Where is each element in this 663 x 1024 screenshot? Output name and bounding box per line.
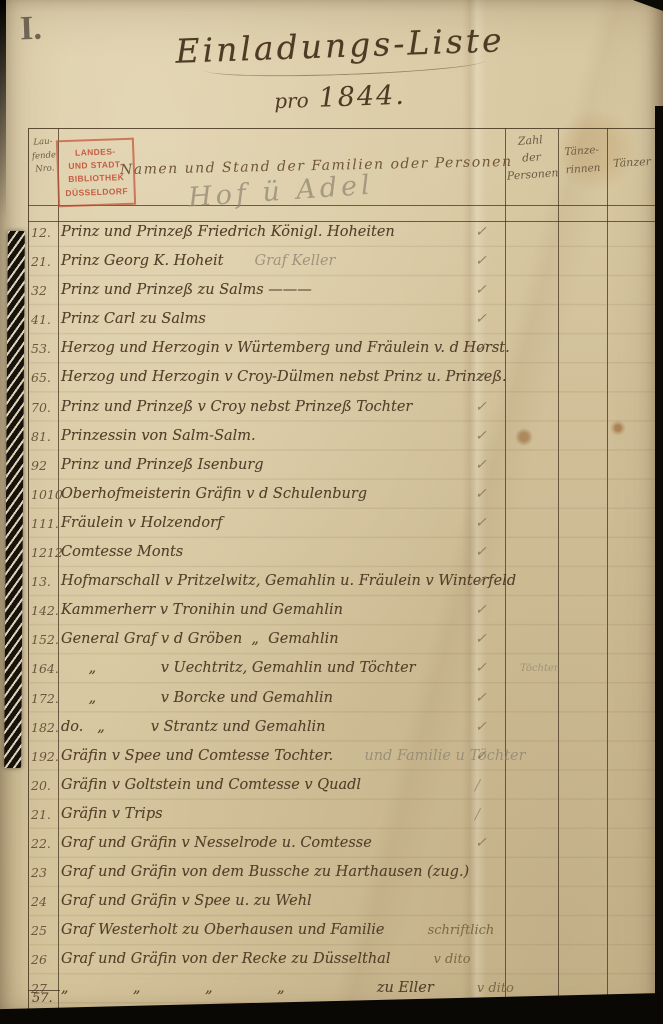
row-entry: Prinz und Prinzeß v Croy nebst Prinzeß T…	[61, 399, 412, 415]
sum-total: 57.	[32, 991, 53, 1006]
row-entry: Prinzessin von Salm-Salm.	[61, 428, 256, 444]
subtitle-pro: pro	[274, 88, 309, 113]
table-row: 172. „ v Borcke und Gemahlin ✓	[28, 684, 657, 713]
column-header-number-line2: fende	[29, 149, 60, 165]
row-entry: Graf und Gräfin von der Recke zu Düsselt…	[61, 951, 390, 967]
scanned-document-page: I. Einladungs-Liste pro1844. Lau- fende …	[0, 0, 663, 1024]
scan-edge-right	[655, 106, 663, 1024]
row-entry: Gräfin v Spee und Comtesse Tochter.	[61, 748, 333, 764]
page-number-roman: I.	[19, 10, 42, 49]
binding-tape-edge	[4, 231, 25, 768]
checkmark: ✓	[475, 422, 487, 451]
row-number: 1212	[28, 538, 61, 567]
table-row: 41.Prinz Carl zu Salms ✓	[28, 305, 657, 334]
column-header-taenzerinnen: Tänze- rinnen	[557, 141, 608, 180]
table-row: 1010Oberhofmeisterin Gräfin v d Schulenb…	[28, 480, 657, 509]
checkmark: ∕	[475, 800, 480, 829]
table-row: 24Graf und Gräfin v Spee u. zu Wehl	[28, 887, 657, 916]
margin-note: v dito	[477, 981, 514, 996]
row-number: 24	[28, 887, 61, 916]
checkmark: ∕	[475, 771, 480, 800]
checkmark: ✓	[475, 218, 487, 247]
row-entry: Hofmarschall v Pritzelwitz, Gemahlin u. …	[61, 573, 516, 589]
table-row: 20.Gräfin v Goltstein und Comtesse v Qua…	[28, 771, 657, 800]
row-number: 12.	[28, 218, 61, 247]
table-row: 12.Prinz und Prinzeß Friedrich Königl. H…	[28, 218, 657, 247]
table-row: 32Prinz und Prinzeß zu Salms ——— ✓	[28, 276, 657, 305]
row-number: 164.	[28, 654, 61, 683]
row-entry: Fräulein v Holzendorf	[61, 515, 222, 531]
table-row: 25Graf Westerholt zu Oberhausen und Fami…	[28, 916, 657, 945]
row-entry: Comtesse Monts	[61, 544, 183, 560]
scan-edge-left	[0, 0, 6, 220]
row-entry: Prinz Georg K. Hoheit	[61, 253, 223, 269]
table-row: 26Graf und Gräfin von der Recke zu Düsse…	[28, 945, 657, 974]
checkmark: ✓	[475, 363, 487, 392]
row-number: 26	[28, 945, 61, 974]
checkmark: ✓	[475, 567, 487, 596]
table-row: 23Graf und Gräfin von dem Bussche zu Har…	[28, 858, 657, 887]
row-entry: Prinz Carl zu Salms	[61, 311, 206, 327]
row-number: 32	[28, 276, 61, 305]
row-number: 23	[28, 858, 61, 887]
table-row: 164. „ v Uechtritz, Gemahlin und Töchter…	[28, 654, 657, 683]
row-entry: Herzog und Herzogin v Croy-Dülmen nebst …	[61, 369, 507, 385]
row-number: 41.	[28, 305, 61, 334]
row-number: 92	[28, 451, 61, 480]
row-number: 142.	[28, 596, 61, 625]
table-row: 22.Graf und Gräfin v Nesselrode u. Comte…	[28, 829, 657, 858]
margin-note: schriftlich	[428, 923, 495, 938]
row-entry: General Graf v d Gröben „ Gemahlin	[61, 631, 339, 647]
checkmark: ✓	[475, 451, 487, 480]
pencil-annotation: Graf Keller	[255, 253, 336, 269]
table-row: 81.Prinzessin von Salm-Salm. ✓	[28, 422, 657, 451]
row-number: 1010	[28, 480, 61, 509]
checkmark: ✓	[475, 509, 487, 538]
pencil-annotation: und Familie u Töchter	[364, 748, 525, 764]
checkmark: ✓	[475, 596, 487, 625]
row-number: 21.	[28, 247, 61, 276]
library-stamp: LANDES- UND STADT- BIBLIOTHEK DÜSSELDORF	[56, 138, 136, 207]
row-entry: Graf und Gräfin von dem Bussche zu Harth…	[61, 864, 469, 880]
margin-note: v dito	[434, 952, 471, 967]
table-row: 21.Prinz Georg K. Hoheit Graf Keller✓	[28, 247, 657, 276]
row-entry: Gräfin v Goltstein und Comtesse v Quadl	[61, 777, 361, 793]
checkmark: ✓	[475, 480, 487, 509]
row-entry: Graf Westerholt zu Oberhausen und Famili…	[61, 922, 384, 938]
checkmark: ✓	[475, 654, 487, 683]
row-number: 111.	[28, 509, 61, 538]
table-row: 142.Kammerherr v Tronihin und Gemahlin ✓	[28, 596, 657, 625]
subtitle-year: 1844.	[318, 80, 406, 114]
table-row: 111.Fräulein v Holzendorf ✓	[28, 509, 657, 538]
row-entry: „ v Uechtritz, Gemahlin und Töchter	[61, 660, 416, 676]
checkmark: ✓	[475, 713, 487, 742]
document-subtitle: pro1844.	[235, 78, 446, 116]
table-row: 182.do. „ v Strantz und Gemahlin ✓	[28, 713, 657, 742]
row-entry: Prinz und Prinzeß zu Salms ———	[61, 282, 312, 298]
checkmark: ✓	[475, 684, 487, 713]
column-header-zahl: Zahl der Personen	[503, 130, 559, 185]
column-header-taenzerinnen-line2: rinnen	[558, 159, 608, 180]
row-entry: Graf und Gräfin v Spee u. zu Wehl	[61, 893, 312, 909]
row-number: 172.	[28, 684, 61, 713]
row-entry: Herzog und Herzogin v Würtemberg und Frä…	[61, 340, 510, 356]
row-number: 22.	[28, 829, 61, 858]
row-entry: Prinz und Prinzeß Friedrich Königl. Hohe…	[61, 224, 395, 240]
checkmark: ✓	[475, 742, 487, 771]
row-entry: Prinz und Prinzeß Isenburg	[61, 457, 264, 473]
table-row: 21.Gräfin v Trips ∕	[28, 800, 657, 829]
checkmark: ✓	[475, 393, 487, 422]
table-row: 92Prinz und Prinzeß Isenburg ✓	[28, 451, 657, 480]
scan-edge-top-right	[633, 0, 663, 11]
row-entry: Oberhofmeisterin Gräfin v d Schulenburg	[61, 486, 367, 502]
table-row: 70.Prinz und Prinzeß v Croy nebst Prinze…	[28, 393, 657, 422]
checkmark: ✓	[475, 247, 487, 276]
row-number: 65.	[28, 363, 61, 392]
row-number: 152.	[28, 625, 61, 654]
row-entry: „ v Borcke und Gemahlin	[61, 690, 333, 706]
table-row: 192.Gräfin v Spee und Comtesse Tochter. …	[28, 742, 657, 771]
row-number: 13.	[28, 567, 61, 596]
row-entry: Kammerherr v Tronihin und Gemahlin	[61, 602, 343, 618]
table-row: 152.General Graf v d Gröben „ Gemahlin ✓	[28, 625, 657, 654]
checkmark: ✓	[475, 276, 487, 305]
row-number: 182.	[28, 713, 61, 742]
checkmark: ✓	[475, 305, 487, 334]
checkmark: ✓	[475, 334, 487, 363]
table-row: 65.Herzog und Herzogin v Croy-Dülmen neb…	[28, 363, 657, 392]
pencil-annotation-zahl: Töchter	[520, 656, 559, 682]
row-entry: Graf und Gräfin v Nesselrode u. Comtesse	[61, 835, 372, 851]
table-rows: 12.Prinz und Prinzeß Friedrich Königl. H…	[28, 218, 657, 1004]
row-number: 70.	[28, 393, 61, 422]
checkmark: ✓	[475, 538, 487, 567]
row-number: 81.	[28, 422, 61, 451]
column-header-taenzer: Tänzer	[607, 155, 658, 171]
row-number: 192.	[28, 742, 61, 771]
table-row: 13.Hofmarschall v Pritzelwitz, Gemahlin …	[28, 567, 657, 596]
row-number: 53.	[28, 334, 61, 363]
table-row: 53.Herzog und Herzogin v Würtemberg und …	[28, 334, 657, 363]
checkmark: ✓	[475, 625, 487, 654]
checkmark: ✓	[475, 829, 487, 858]
stamp-line4: DÜSSELDORF	[61, 184, 131, 200]
table-row: 1212Comtesse Monts ✓	[28, 538, 657, 567]
row-entry: do. „ v Strantz und Gemahlin	[61, 719, 325, 735]
row-number: 20.	[28, 771, 61, 800]
row-number: 25	[28, 916, 61, 945]
row-number: 21.	[28, 800, 61, 829]
row-entry: „ „ „ „ zu Eller	[61, 980, 434, 996]
table-header-rule-1	[28, 205, 656, 206]
row-entry: Gräfin v Trips	[61, 806, 163, 822]
